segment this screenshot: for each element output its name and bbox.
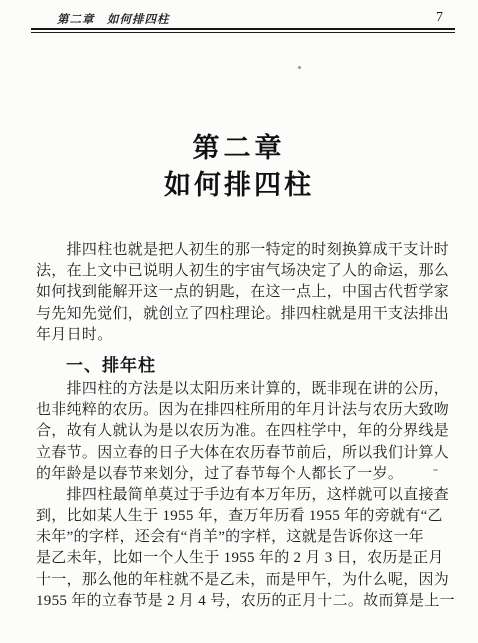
text-line: 立春节。因立春的日子大体在农历春节前后，所以我们计算人 (36, 443, 452, 464)
book-page: 第二章 如何排四柱 7 第二章 如何排四柱 排四柱也就是把人初生的那一特定的时刻… (0, 0, 478, 643)
text-line: 合，故有人就认为是以农历为准。在四柱学中，年的分界线是 (36, 421, 452, 442)
text-line: 未年”的字样，还会有“肖羊”的字样，这就是告诉你这一年 (36, 527, 452, 548)
text-line: 排四柱的方法是以太阳历来计算的，既非现在讲的公历， (36, 379, 452, 400)
text-line: 排四柱最简单莫过于手边有本万年历，这样就可以直接查 (36, 485, 452, 506)
paragraph-1: 排四柱也就是把人初生的那一特定的时刻换算成干支计时法，在上文中已说明人初生的宇宙… (36, 240, 452, 346)
running-header-chapter-label: 第二章 如何排四柱 (57, 11, 170, 27)
paragraph-3: 排四柱最简单莫过于手边有本万年历，这样就可以直接查到，比如某人生于 1955 年… (36, 485, 452, 612)
chapter-title-line2: 如何排四柱 (0, 170, 478, 200)
text-line: 与先知先觉们，就创立了四柱理论。排四柱就是用干支法排出 (36, 304, 452, 325)
scan-speck (433, 469, 438, 471)
page-body: 排四柱也就是把人初生的那一特定的时刻换算成干支计时法，在上文中已说明人初生的宇宙… (36, 240, 452, 612)
running-header: 第二章 如何排四柱 7 (0, 11, 478, 27)
page-number: 7 (436, 10, 443, 26)
text-line: 也非纯粹的农历。因为在排四柱所用的年月计法与农历大致吻 (36, 400, 452, 421)
section-heading-pai-nian-zhu: 一、排年柱 (36, 353, 452, 379)
text-line: 的年龄是以春节来划分，过了春节每个人都长了一岁。 (36, 464, 452, 485)
header-double-rule (31, 28, 455, 33)
text-line: 到，比如某人生于 1955 年，查万年历看 1955 年的旁就有“乙 (36, 506, 452, 527)
text-line: 如何找到能解开这一点的钥匙，在这一点上，中国古代哲学家 (36, 282, 452, 303)
chapter-title-line1: 第二章 (0, 133, 478, 163)
text-line: 法，在上文中已说明人初生的宇宙气场决定了人的命运，那么 (36, 261, 452, 282)
paragraph-2: 排四柱的方法是以太阳历来计算的，既非现在讲的公历，也非纯粹的农历。因为在排四柱所… (36, 379, 452, 485)
text-line: 十一，那么他的年柱就不是乙未，而是甲午，为什么呢，因为 (36, 570, 452, 591)
chapter-title: 第二章 如何排四柱 (0, 133, 478, 200)
text-line: 排四柱也就是把人初生的那一特定的时刻换算成干支计时 (36, 240, 452, 261)
text-line: 1955 年的立春节是 2 月 4 号，农历的正月十二。故而算是上一 (36, 591, 452, 612)
text-line: 年月日时。 (36, 325, 452, 346)
scan-speck (298, 66, 301, 69)
text-line: 是乙未年，比如一个人生于 1955 年的 2 月 3 日，农历是正月 (36, 548, 452, 569)
